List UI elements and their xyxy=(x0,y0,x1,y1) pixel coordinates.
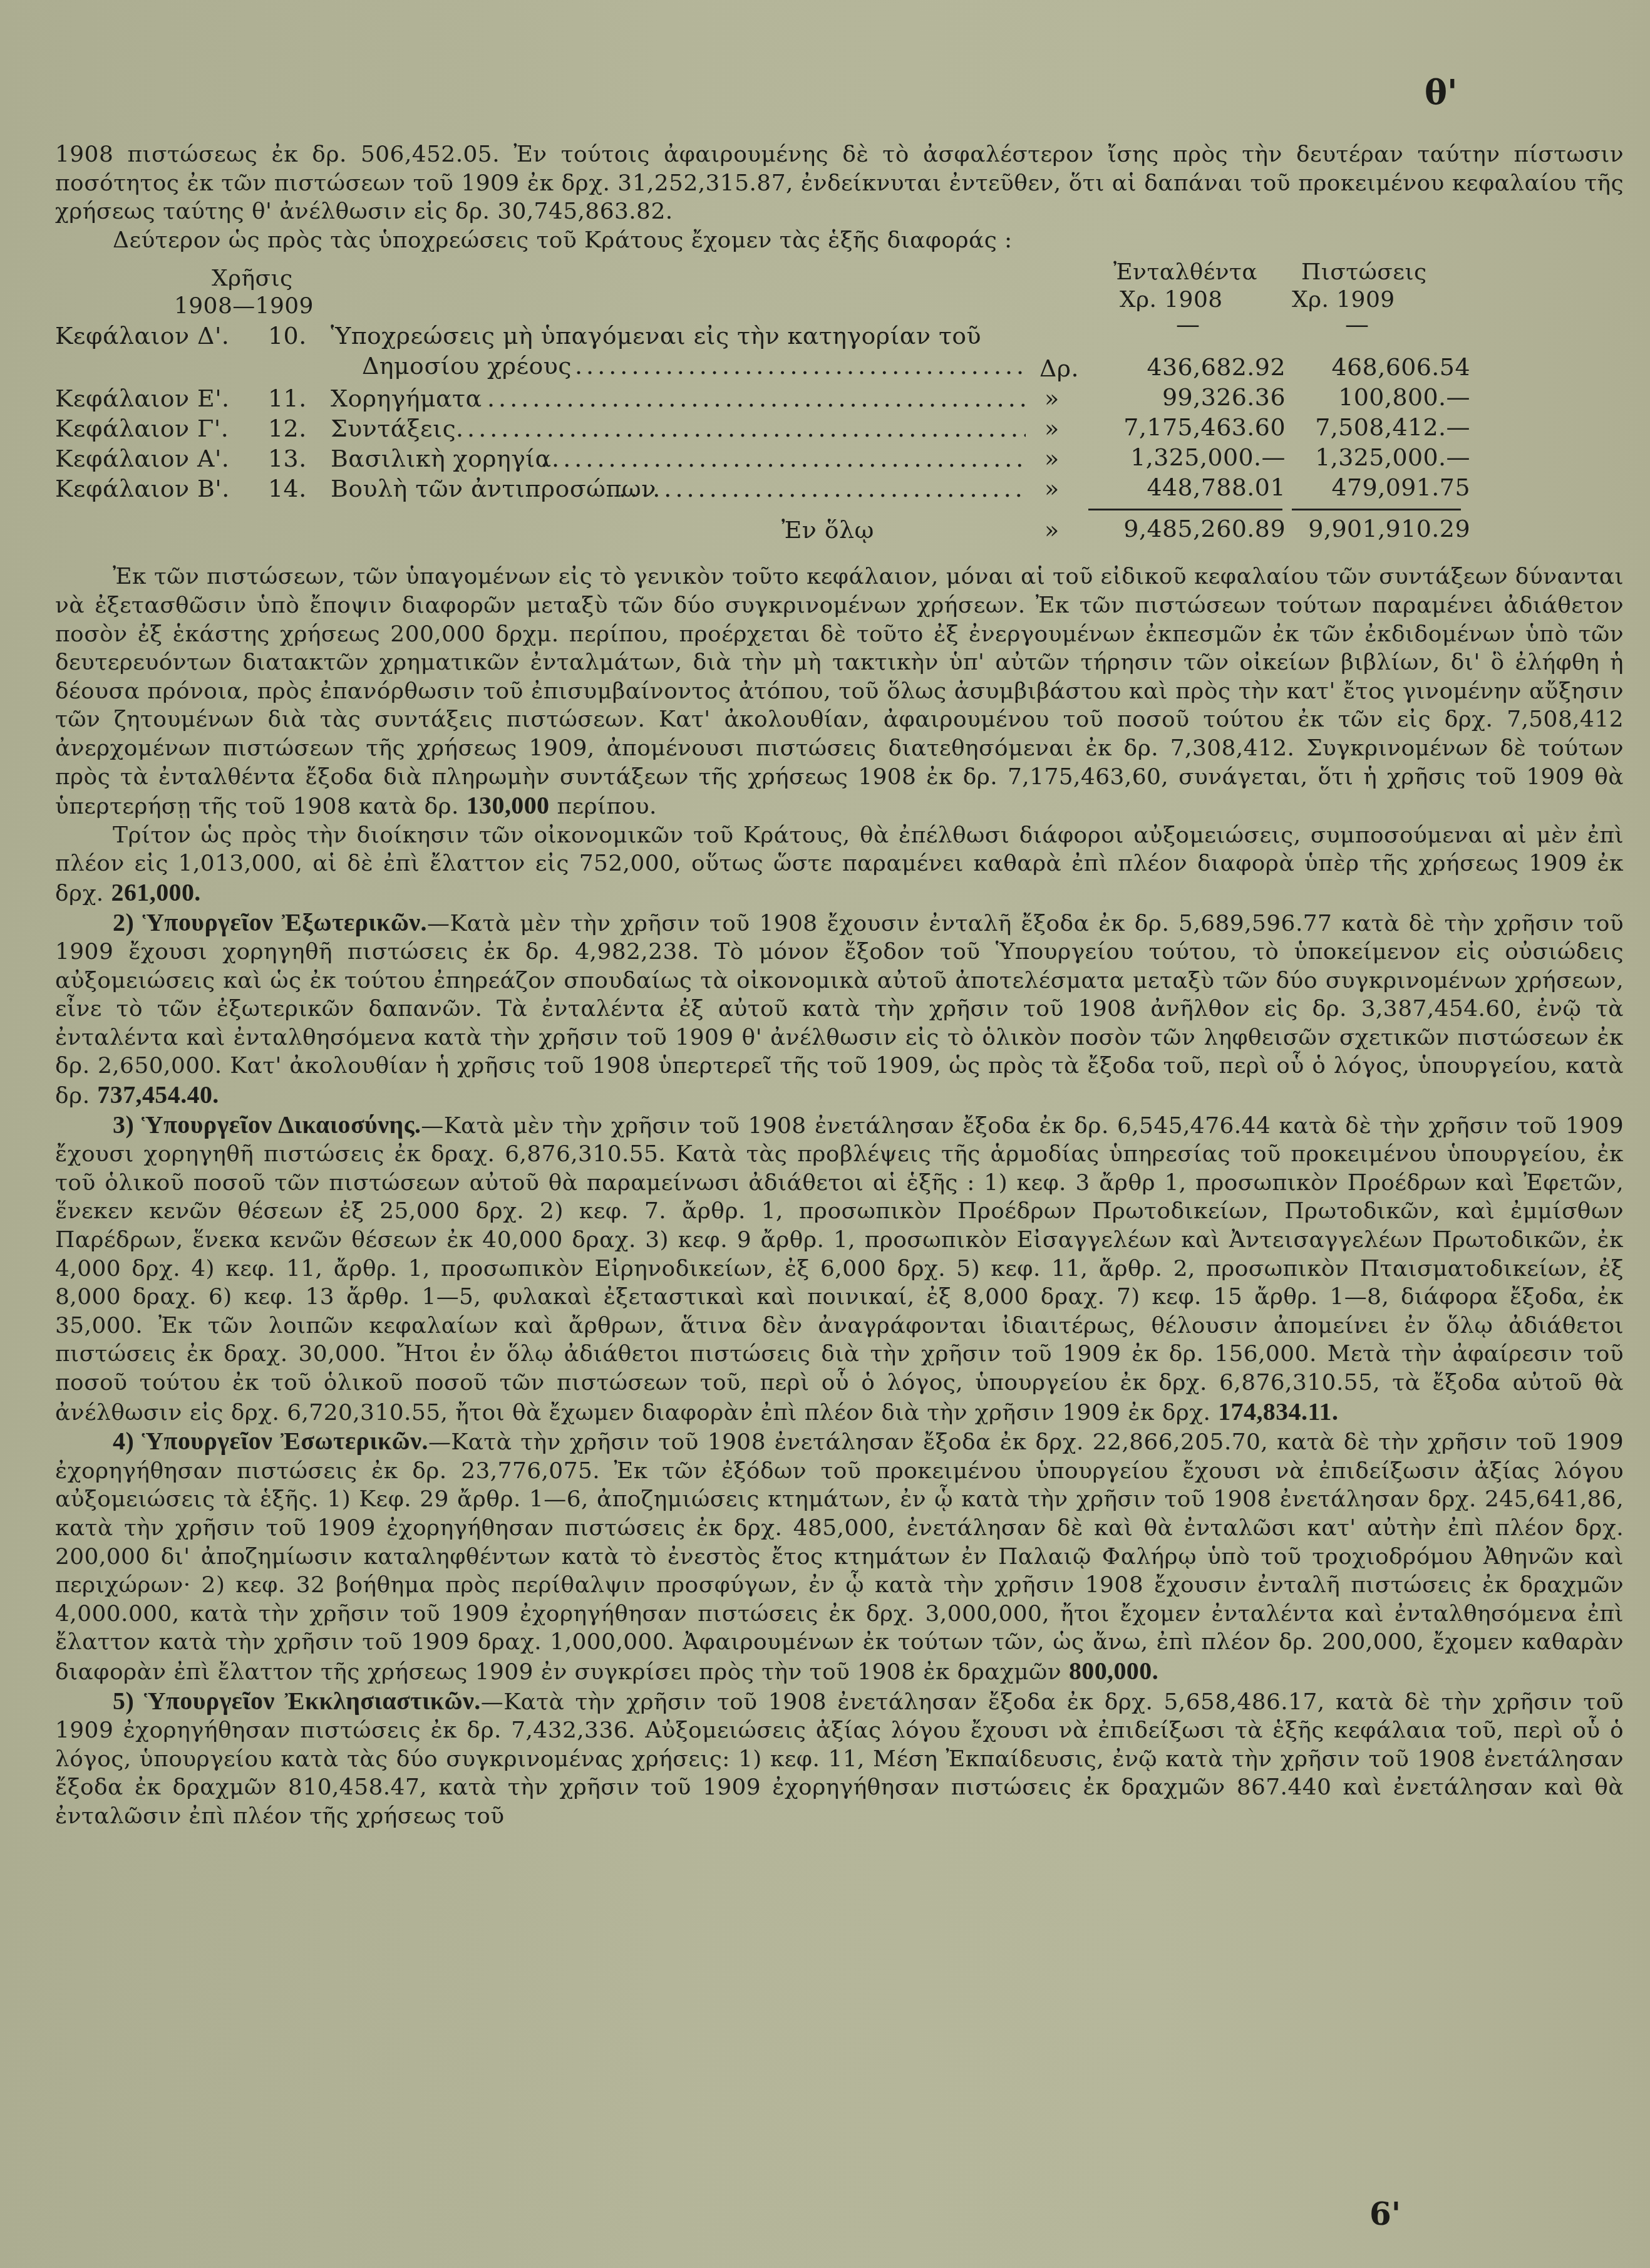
row-chapter: Κεφάλαιον Α'. xyxy=(55,445,229,474)
row-description-line1: Ὑποχρεώσεις μὴ ὑπαγόμεναι εἰς τὴν κατηγο… xyxy=(331,322,981,351)
row-value-1908: 7,175,463.60 xyxy=(1082,413,1286,442)
obligations-table: Χρῆσις 1908—1909 Ἐνταλθέντα Χρ. 1908 Πισ… xyxy=(55,259,1624,554)
document-page: θ' 1908 πιστώσεως ἐκ δρ. 506,452.05. Ἐν … xyxy=(0,0,1650,2268)
header-period-label: Χρῆσις xyxy=(212,264,293,293)
row-value-1909: 479,091.75 xyxy=(1282,474,1470,502)
page-folio-top: θ' xyxy=(1425,72,1458,112)
total-rule-1909 xyxy=(1292,509,1461,510)
leader-dots: ........................................… xyxy=(487,385,1026,413)
row-number: 13. xyxy=(268,445,307,474)
leader-dots: ........................................… xyxy=(575,352,1026,381)
row-description: Χορηγήματα xyxy=(331,385,482,413)
ditto-mark: » xyxy=(1044,415,1060,443)
page-folio-bottom: 6' xyxy=(1369,2195,1401,2232)
total-value-1908: 9,485,260.89 xyxy=(1082,515,1286,544)
row-value-1909: 100,800.— xyxy=(1282,383,1470,412)
justice-difference-amount: 174,834.11. xyxy=(1218,1397,1338,1426)
pensions-difference-amount: 130,000 xyxy=(467,791,550,819)
row-number: 12. xyxy=(268,415,307,443)
row-chapter: Κεφάλαιον Γ'. xyxy=(55,415,229,443)
row-chapter: Κεφάλαιον Ε'. xyxy=(55,385,230,413)
total-value-1909: 9,901,910.29 xyxy=(1282,515,1470,544)
section-text-foreign-affairs: —Κατὰ μὲν τὴν χρῆσιν τοῦ 1908 ἔχουσιν ἐν… xyxy=(55,911,1624,1109)
section-text-interior: —Κατὰ τὴν χρῆσιν τοῦ 1908 ἐνετάλησαν ἔξο… xyxy=(55,1429,1624,1685)
row-value-1908: 99,326.36 xyxy=(1082,383,1286,412)
interior-difference-amount: 800,000. xyxy=(1069,1657,1158,1685)
section-heading-ecclesiastical: 5) Ὑπουργεῖον Ἐκκλησιαστικῶν. xyxy=(113,1687,481,1715)
intro-paragraph-continued: 1908 πιστώσεως ἐκ δρ. 506,452.05. Ἐν τού… xyxy=(55,140,1624,226)
header-col-a-title: Ἐνταλθέντα xyxy=(1113,258,1257,287)
section-heading-justice: 3) Ὑπουργεῖον Δικαιοσύνης. xyxy=(113,1111,421,1139)
row-number: 11. xyxy=(268,385,307,413)
ditto-mark: » xyxy=(1044,385,1060,413)
header-col-a-year: Χρ. 1908 xyxy=(1120,286,1223,314)
section-interior: 4) Ὑπουργεῖον Ἐσωτερικῶν.—Κατὰ τὴν χρῆσι… xyxy=(55,1427,1624,1686)
section-heading-foreign-affairs: 2) Ὑπουργεῖον Ἐξωτερικῶν. xyxy=(113,908,427,936)
section-foreign-affairs: 2) Ὑπουργεῖον Ἐξωτερικῶν.—Κατὰ μὲν τὴν χ… xyxy=(55,908,1624,1111)
section-text-justice: —Κατὰ μὲν τὴν χρῆσιν τοῦ 1908 ἐνετάλησαν… xyxy=(55,1113,1624,1426)
row-value-1908: 436,682.92 xyxy=(1082,353,1286,382)
row-value-1909: 1,325,000.— xyxy=(1282,443,1470,472)
row-chapter: Κεφάλαιον Β'. xyxy=(55,475,230,504)
pensions-text: Ἐκ τῶν πιστώσεων, τῶν ὑπαγομένων εἰς τὸ … xyxy=(55,564,1624,819)
leader-dots: ........................................… xyxy=(619,475,1026,504)
section-ecclesiastical: 5) Ὑπουργεῖον Ἐκκλησιαστικῶν.—Κατὰ τὴν χ… xyxy=(55,1687,1624,1831)
finance-administration-paragraph: Τρίτον ὡς πρὸς τὴν διοίκησιν τῶν οἰκονομ… xyxy=(55,821,1624,908)
row-number: 14. xyxy=(268,475,307,504)
header-col-a-dash: — xyxy=(1176,311,1200,339)
row-description: Βουλὴ τῶν ἀντιπροσώπων xyxy=(331,475,656,504)
foreign-affairs-difference-amount: 737,454.40. xyxy=(97,1080,219,1109)
row-description: Βασιλικὴ χορηγία xyxy=(331,445,552,474)
section-heading-interior: 4) Ὑπουργεῖον Ἐσωτερικῶν. xyxy=(113,1427,428,1455)
section-justice: 3) Ὑπουργεῖον Δικαιοσύνης.—Κατὰ μὲν τὴν … xyxy=(55,1111,1624,1427)
leader-dots: ........................................… xyxy=(540,445,1026,474)
header-period-years: 1908—1909 xyxy=(174,292,314,321)
leader-dots: ........................................… xyxy=(456,415,1026,443)
row-value-1909: 7,508,412.— xyxy=(1282,413,1470,442)
total-label: Ἐν ὅλῳ xyxy=(781,516,874,545)
row-number: 10. xyxy=(268,322,307,351)
finance-net-difference-amount: 261,000. xyxy=(111,878,201,906)
header-col-b-title: Πιστώσεις xyxy=(1301,258,1426,287)
header-col-b-year: Χρ. 1909 xyxy=(1292,286,1395,314)
finance-administration-text: Τρίτον ὡς πρὸς τὴν διοίκησιν τῶν οἰκονομ… xyxy=(55,822,1624,906)
pensions-paragraph: Ἐκ τῶν πιστώσεων, τῶν ὑπαγομένων εἰς τὸ … xyxy=(55,562,1624,821)
row-value-1908: 448,788.01 xyxy=(1082,474,1286,502)
ditto-mark: » xyxy=(1044,445,1060,474)
row-description: Συντάξεις xyxy=(331,415,456,443)
total-rule-1908 xyxy=(1088,509,1282,510)
currency-label: Δρ. xyxy=(1039,355,1079,383)
ditto-mark: » xyxy=(1044,516,1060,545)
row-chapter: Κεφάλαιον Δ'. xyxy=(55,322,229,351)
header-col-b-dash: — xyxy=(1345,311,1369,339)
document-body: 1908 πιστώσεως ἐκ δρ. 506,452.05. Ἐν τού… xyxy=(55,140,1624,1831)
pensions-text-end: περίπου. xyxy=(557,794,656,819)
row-value-1908: 1,325,000.— xyxy=(1082,443,1286,472)
row-description-line2: Δημοσίου χρέους xyxy=(362,352,572,381)
ditto-mark: » xyxy=(1044,475,1060,504)
intro-obligations-paragraph: Δεύτερον ὡς πρὸς τὰς ὑποχρεώσεις τοῦ Κρά… xyxy=(55,226,1624,255)
row-value-1909: 468,606.54 xyxy=(1282,353,1470,382)
